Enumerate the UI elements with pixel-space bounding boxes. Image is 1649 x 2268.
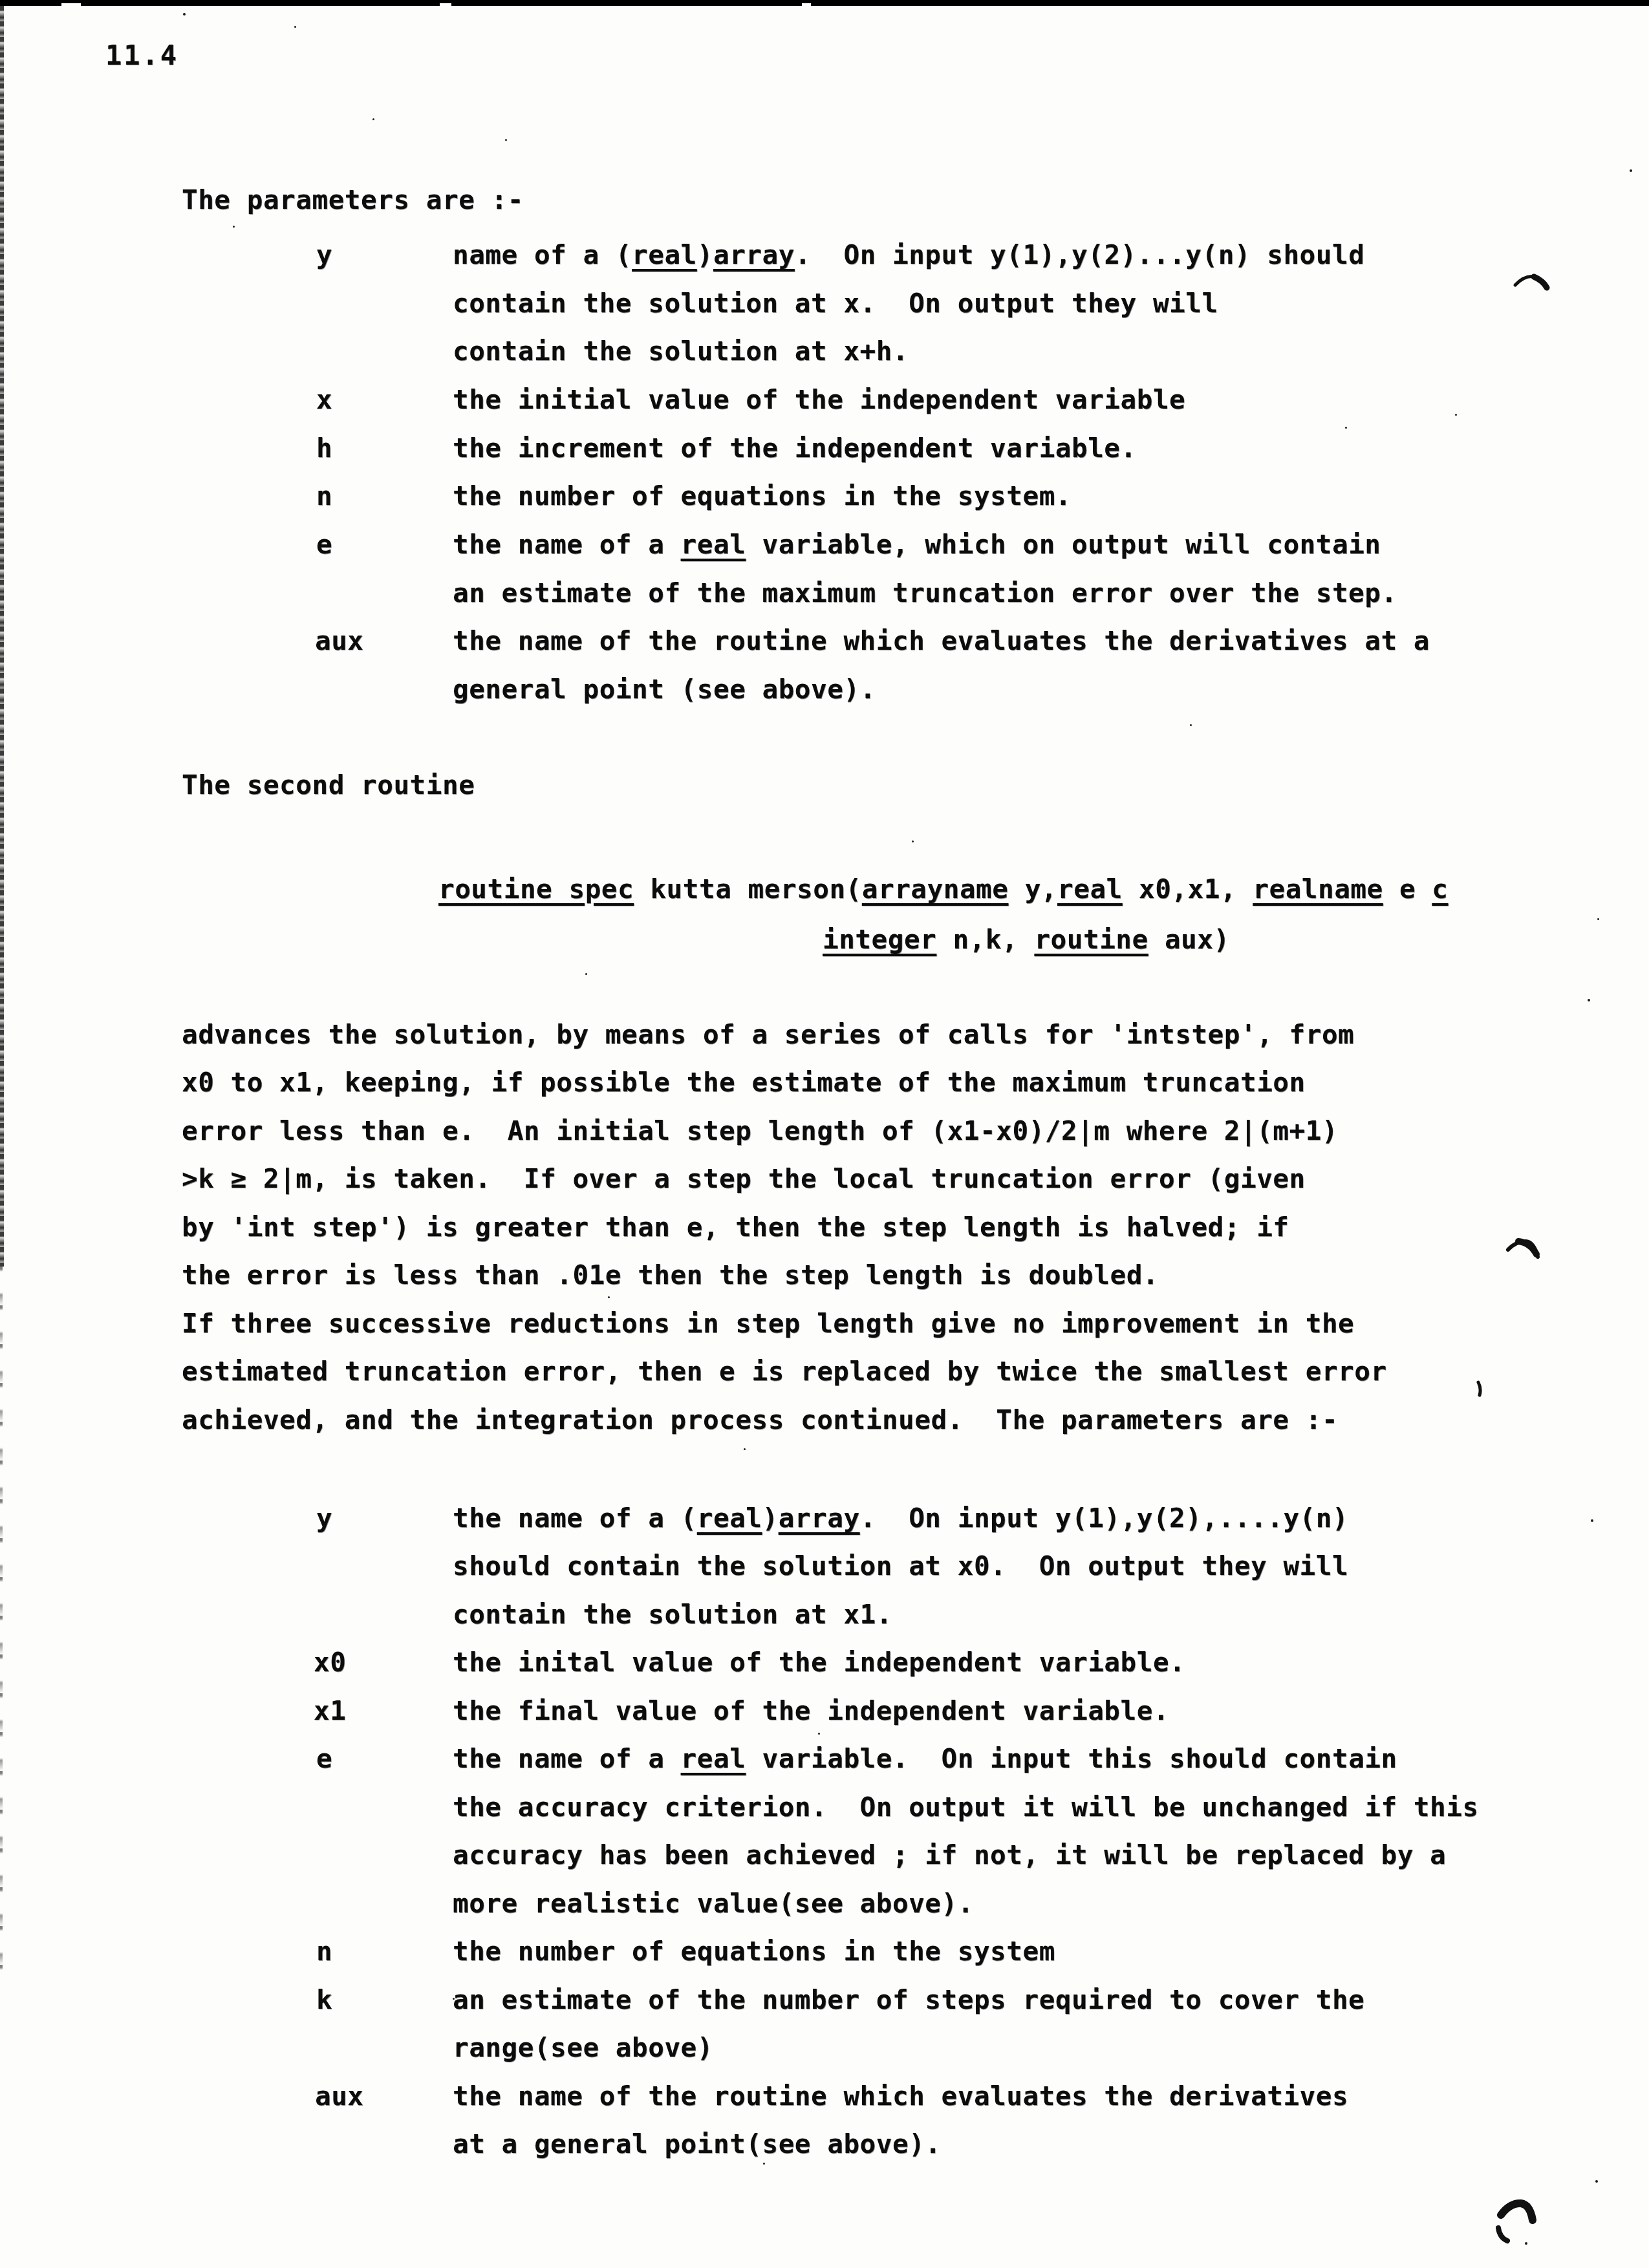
param2-e-desc-1: the name of a real variable. On input th… (453, 1744, 1397, 1774)
param2-aux-desc-2: at a general point(see above). (453, 2129, 942, 2159)
param2-k-desc-1: an estimate of the number of steps requi… (453, 1985, 1364, 2015)
scan-speck (1591, 1519, 1593, 1522)
param1-e-desc-2: an estimate of the maximum truncation er… (453, 578, 1397, 608)
scan-edge-notch (802, 3, 811, 6)
param2-e-desc-4: more realistic value(see above). (453, 1888, 974, 1919)
text-segment: n (316, 480, 332, 511)
param1-y-name: y (316, 240, 332, 270)
paragraph-line-6: the error is less than .01e then the ste… (182, 1260, 1159, 1290)
paragraph-line-1: advances the solution, by means of a ser… (182, 1020, 1354, 1050)
text-segment: the number of equations in the system (453, 1936, 1055, 1967)
scan-speck (744, 1448, 746, 1450)
text-segment: the initial value of the independent var… (453, 384, 1185, 415)
param1-y-desc-3: contain the solution at x+h. (453, 336, 909, 367)
text-segment: kutta merson( (634, 873, 862, 904)
pen-tick-right (1478, 1382, 1480, 1395)
scan-edge-notch (440, 3, 451, 6)
param2-k-desc-2: range(see above) (453, 2033, 713, 2063)
param2-aux-desc-1: the name of the routine which evaluates … (453, 2081, 1348, 2112)
paragraph-line-3: error less than e. An initial step lengt… (182, 1116, 1338, 1146)
scan-speck (912, 840, 914, 842)
underlined-text: routine (1034, 924, 1148, 955)
underlined-text: real (1057, 873, 1123, 904)
underlined-text: array (779, 1503, 860, 1534)
text-segment: achieved, and the integration process co… (182, 1404, 1338, 1435)
underlined-text: arrayname (862, 873, 1009, 904)
pen-mark-bottom-right-small-arc (1498, 2228, 1507, 2241)
scan-speck (1595, 2180, 1598, 2183)
text-segment: should contain the solution at x0. On ou… (453, 1550, 1348, 1581)
param2-k-name: k (316, 1985, 332, 2015)
scan-speck (1525, 2242, 1527, 2245)
scan-speck (453, 1998, 455, 2000)
param2-y-name: y (316, 1503, 332, 1534)
text-segment: k (316, 1984, 332, 2015)
text-segment: The second routine (182, 769, 475, 800)
paragraph-line-5: by 'int step') is greater than e, then t… (182, 1212, 1289, 1243)
text-segment: the inital value of the independent vari… (453, 1647, 1185, 1678)
param1-e-desc-1: the name of a real variable, which on ou… (453, 530, 1381, 560)
scan-speck (294, 26, 296, 28)
text-segment: estimated truncation error, then e is re… (182, 1356, 1387, 1387)
param2-e-desc-2: the accuracy criterion. On output it wil… (453, 1792, 1479, 1823)
scan-left-edge (0, 6, 4, 1267)
scan-speck (1588, 999, 1590, 1001)
document-page: 11.4The parameters are :-yname of a (rea… (0, 0, 1649, 2268)
text-segment: x1 (314, 1695, 346, 1726)
scan-speck (505, 139, 507, 141)
text-segment: the increment of the independent variabl… (453, 433, 1137, 464)
text-segment: name of a ( (453, 239, 632, 270)
scan-speck (996, 304, 998, 306)
text-segment: more realistic value(see above). (453, 1888, 974, 1919)
text-segment: n (316, 1936, 332, 1967)
text-segment: variable, which on output will contain (746, 529, 1381, 560)
underlined-text: real (681, 1743, 746, 1774)
param2-x1-name: x1 (314, 1696, 346, 1726)
paragraph-line-8: estimated truncation error, then e is re… (182, 1356, 1387, 1387)
param1-x-name: x (316, 385, 332, 415)
scan-top-edge (0, 0, 1649, 6)
text-segment: the name of a ( (453, 1503, 697, 1534)
underlined-text: routine spec (438, 873, 634, 904)
text-segment: The parameters are :- (182, 184, 524, 215)
text-segment: >k ≥ 2|m, is taken. If over a step the l… (182, 1163, 1306, 1194)
scan-speck (183, 13, 186, 16)
param2-y-desc-3: contain the solution at x1. (453, 1599, 892, 1630)
intro-line: The parameters are :- (182, 185, 524, 215)
text-segment: an estimate of the maximum truncation er… (453, 577, 1397, 608)
param1-aux-name: aux (315, 626, 364, 656)
text-segment: aux (315, 2081, 364, 2112)
pen-mark-top-right-thick (1534, 277, 1547, 288)
scan-speck (233, 226, 235, 228)
pen-mark-bottom-right-top-arc (1501, 2203, 1533, 2220)
scan-speck (763, 2163, 765, 2165)
text-segment: error less than e. An initial step lengt… (182, 1115, 1338, 1146)
text-segment: the accuracy criterion. On output it wil… (453, 1792, 1479, 1823)
param2-aux-name: aux (315, 2081, 364, 2112)
param1-h-name: h (316, 433, 332, 464)
scan-speck (1345, 427, 1347, 429)
text-segment: the number of equations in the system. (453, 480, 1072, 511)
text-segment: e (316, 529, 332, 560)
second-routine-heading: The second routine (182, 770, 475, 800)
routine-spec-line-2: integer n,k, routine aux) (823, 925, 1230, 955)
text-segment: . On input y(1),y(2),....y(n) (860, 1503, 1349, 1534)
text-segment: contain the solution at x1. (453, 1599, 892, 1630)
text-segment: 11.4 (105, 39, 178, 71)
text-segment: ) (697, 239, 713, 270)
param2-x0-name: x0 (314, 1647, 346, 1678)
text-segment: n,k, (936, 924, 1034, 955)
param2-x0-desc: the inital value of the independent vari… (453, 1647, 1185, 1678)
param1-n-name: n (316, 481, 332, 511)
param2-n-name: n (316, 1936, 332, 1967)
text-segment: the name of a (453, 529, 681, 560)
text-segment: range(see above) (453, 2032, 713, 2063)
text-segment: variable. On input this should contain (746, 1743, 1397, 1774)
text-segment: advances the solution, by means of a ser… (182, 1019, 1354, 1050)
scan-speck (1190, 724, 1192, 726)
scan-speck (1455, 414, 1457, 416)
routine-spec-line-1: routine spec kutta merson(arrayname y,re… (438, 874, 1449, 904)
text-segment: aux (315, 625, 364, 656)
scan-speck (1597, 918, 1599, 920)
scan-speck (585, 973, 587, 975)
param1-y-desc-1: name of a (real)array. On input y(1),y(2… (453, 240, 1364, 270)
text-segment: e (1383, 873, 1432, 904)
param2-x1-desc: the final value of the independent varia… (453, 1696, 1169, 1726)
scan-speck (818, 1733, 820, 1735)
underlined-text: integer (823, 924, 936, 955)
text-segment: the name of the routine which evaluates … (453, 2081, 1348, 2112)
text-segment: h (316, 433, 332, 464)
param2-e-desc-3: accuracy has been achieved ; if not, it … (453, 1840, 1446, 1870)
text-segment: x0 (314, 1647, 346, 1678)
text-segment: general point (see above). (453, 674, 876, 705)
text-segment: contain the solution at x+h. (453, 336, 909, 367)
paragraph-line-4: >k ≥ 2|m, is taken. If over a step the l… (182, 1164, 1306, 1194)
param1-n-desc: the number of equations in the system. (453, 481, 1072, 511)
underlined-text: real (632, 239, 697, 270)
text-segment: If three successive reductions in step l… (182, 1308, 1354, 1339)
param1-x-desc: the initial value of the independent var… (453, 385, 1185, 415)
param2-y-desc-1: the name of a (real)array. On input y(1)… (453, 1503, 1348, 1534)
text-segment: the name of the routine which evaluates … (453, 625, 1430, 656)
text-segment: the name of a (453, 1743, 681, 1774)
text-segment: accuracy has been achieved ; if not, it … (453, 1839, 1446, 1870)
page-number: 11.4 (105, 40, 178, 71)
scan-speck (1630, 169, 1632, 172)
text-segment: x0 to x1, keeping, if possible the estim… (182, 1067, 1306, 1098)
text-segment: aux) (1148, 924, 1230, 955)
text-segment: . On input y(1),y(2)...y(n) should (795, 239, 1364, 270)
text-segment: y, (1008, 873, 1057, 904)
text-segment: ) (762, 1503, 779, 1534)
param2-e-name: e (316, 1744, 332, 1774)
param2-y-desc-2: should contain the solution at x0. On ou… (453, 1551, 1348, 1581)
underlined-text: realname (1253, 873, 1383, 904)
param1-aux-desc-1: the name of the routine which evaluates … (453, 626, 1430, 656)
text-segment: y (316, 239, 332, 270)
text-segment: x0,x1, (1123, 873, 1253, 904)
text-segment: y (316, 1503, 332, 1534)
pen-mark-middle-right-thick (1518, 1241, 1536, 1254)
param1-e-name: e (316, 530, 332, 560)
pen-mark-middle-right (1508, 1241, 1538, 1257)
text-segment: x (316, 384, 332, 415)
scan-speck (608, 1296, 610, 1298)
pen-mark-top-right (1515, 277, 1547, 289)
underlined-text: c (1432, 873, 1448, 904)
scan-left-edge-fade (0, 1267, 3, 1978)
text-segment: an estimate of the number of steps requi… (453, 1984, 1364, 2015)
text-segment: at a general point(see above). (453, 2128, 942, 2159)
text-segment: by 'int step') is greater than e, then t… (182, 1212, 1289, 1243)
text-segment: the error is less than .01e then the ste… (182, 1259, 1159, 1290)
paragraph-line-7: If three successive reductions in step l… (182, 1309, 1354, 1339)
underlined-text: real (681, 529, 746, 560)
text-segment: contain the solution at x. On output the… (453, 288, 1218, 319)
scan-edge-notch (61, 3, 81, 6)
paragraph-line-9: achieved, and the integration process co… (182, 1405, 1338, 1435)
underlined-text: real (697, 1503, 762, 1534)
param1-y-desc-2: contain the solution at x. On output the… (453, 288, 1218, 319)
scan-speck (372, 118, 374, 120)
param2-n-desc: the number of equations in the system (453, 1936, 1055, 1967)
param1-aux-desc-2: general point (see above). (453, 674, 876, 705)
text-segment: the final value of the independent varia… (453, 1695, 1169, 1726)
text-segment: e (316, 1743, 332, 1774)
underlined-text: array (713, 239, 795, 270)
param1-h-desc: the increment of the independent variabl… (453, 433, 1137, 464)
paragraph-line-2: x0 to x1, keeping, if possible the estim… (182, 1067, 1306, 1098)
